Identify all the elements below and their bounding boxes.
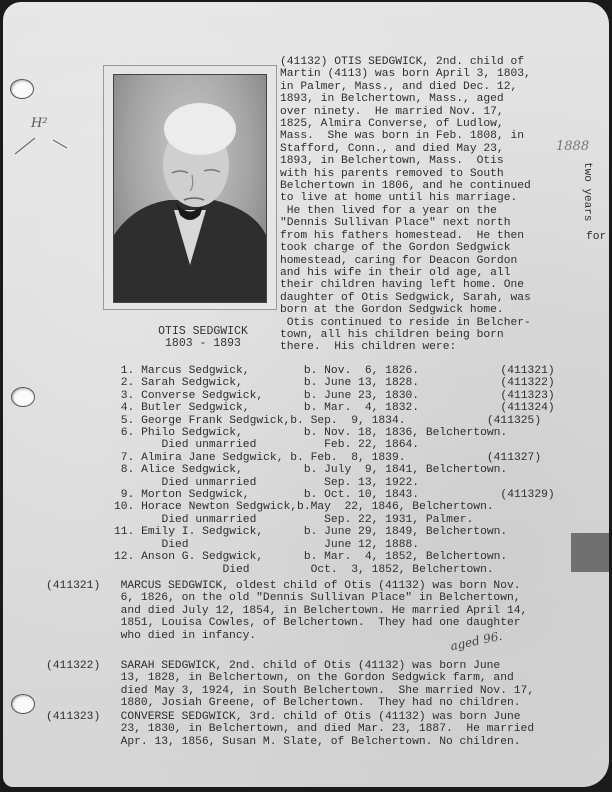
portrait-caption: OTIS SEDGWICK 1803 - 1893 — [148, 326, 258, 350]
intro-line: Stafford, Conn., and died May 23, — [280, 143, 531, 155]
intro-line: (41132) OTIS SEDGWICK, 2nd. child of — [280, 56, 531, 68]
intro-line: with his parents removed to South — [280, 168, 531, 180]
intro-line: over ninety. He married Nov. 17, — [280, 106, 531, 118]
child-row: 9. Morton Sedgwick, b. Oct. 10, 1843. (4… — [114, 489, 555, 501]
handwritten-h2-note: H² — [31, 116, 48, 131]
intro-line: born at the Gordon Sedgwick home. — [280, 304, 531, 316]
child-row: 5. George Frank Sedgwick,b. Sep. 9, 1834… — [114, 415, 555, 427]
portrait-figure-icon — [114, 75, 266, 302]
intro-line: their children having left home. One — [280, 279, 531, 291]
portrait-photo — [113, 74, 267, 303]
child-row: Died June 12, 1888. — [114, 539, 555, 551]
handwritten-year-note: 1888 — [556, 139, 589, 154]
punch-hole — [11, 694, 35, 714]
caption-dates: 1803 - 1893 — [165, 337, 241, 350]
intro-line: there. His children were: — [280, 341, 531, 353]
children-list: 1. Marcus Sedgwick, b. Nov. 6, 1826. (41… — [114, 365, 555, 576]
child-row: Died unmarried Sep. 22, 1931, Palmer. — [114, 514, 555, 526]
intro-line: Otis continued to reside in Belcher- — [280, 317, 531, 329]
intro-line: Belchertown in 1806, and he continued — [280, 180, 531, 192]
intro-line: Mass. She was born in Feb. 1808, in — [280, 130, 531, 142]
entry-411321: (411321) MARCUS SEDGWICK, oldest child o… — [46, 580, 527, 642]
intro-line: 1893, in Belchertown, Mass. Otis — [280, 155, 531, 167]
intro-line: town, all his children being born — [280, 329, 531, 341]
child-row: 4. Butler Sedgwick, b. Mar. 4, 1832. (41… — [114, 402, 555, 414]
margin-note-two-years: two years — [581, 162, 593, 221]
intro-line: daughter of Otis Sedgwick, Sarah, was — [280, 292, 531, 304]
intro-line: homestead, caring for Deacon Gordon — [280, 255, 531, 267]
child-row: 1. Marcus Sedgwick, b. Nov. 6, 1826. (41… — [114, 365, 555, 377]
punch-hole — [10, 79, 34, 99]
child-row: 11. Emily I. Sedgwick, b. June 29, 1849,… — [114, 526, 555, 538]
child-row: 3. Converse Sedgwick, b. June 23, 1830. … — [114, 390, 555, 402]
intro-line: to live at home until his marriage. — [280, 192, 531, 204]
child-row: Died Oct. 3, 1852, Belchertown. — [114, 564, 555, 576]
intro-line: "Dennis Sullivan Place" next north — [280, 217, 531, 229]
intro-line: and his wife in their old age, all — [280, 267, 531, 279]
intro-line: in Palmer, Mass., and died Dec. 12, — [280, 81, 531, 93]
document-page: H² OTIS SEDGWICK 1803 - 1893 (41132) OTI… — [3, 2, 609, 787]
intro-line: 1825, Almira Converse, of Ludlow, — [280, 118, 531, 130]
margin-note-for: for — [586, 231, 606, 243]
intro-line: took charge of the Gordon Sedgwick — [280, 242, 531, 254]
intro-line: Martin (4113) was born April 3, 1803, — [280, 68, 531, 80]
index-tab — [571, 533, 609, 572]
intro-line: He then lived for a year on the — [280, 205, 531, 217]
child-row: 8. Alice Sedgwick, b. July 9, 1841, Belc… — [114, 464, 555, 476]
intro-text: (41132) OTIS SEDGWICK, 2nd. child ofMart… — [280, 56, 531, 354]
child-row: Died unmarried Sep. 13, 1922. — [114, 477, 555, 489]
handwritten-strokes — [13, 132, 68, 157]
portrait-frame — [103, 65, 277, 310]
child-row: 12. Anson G. Sedgwick, b. Mar. 4, 1852, … — [114, 551, 555, 563]
punch-hole — [11, 387, 35, 407]
intro-line: from his fathers homestead. He then — [280, 230, 531, 242]
child-row: 7. Almira Jane Sedgwick, b. Feb. 8, 1839… — [114, 452, 555, 464]
entry-411322: (411322) SARAH SEDGWICK, 2nd. child of O… — [46, 660, 534, 710]
child-row: Died unmarried Feb. 22, 1864. — [114, 439, 555, 451]
child-row: 2. Sarah Sedgwick, b. June 13, 1828. (41… — [114, 377, 555, 389]
child-row: 10. Horace Newton Sedgwick,b.May 22, 184… — [114, 501, 555, 513]
child-row: 6. Philo Sedgwick, b. Nov. 18, 1836, Bel… — [114, 427, 555, 439]
entry-411323: (411323) CONVERSE SEDGWICK, 3rd. child o… — [46, 711, 534, 748]
intro-line: 1893, in Belchertown, Mass., aged — [280, 93, 531, 105]
